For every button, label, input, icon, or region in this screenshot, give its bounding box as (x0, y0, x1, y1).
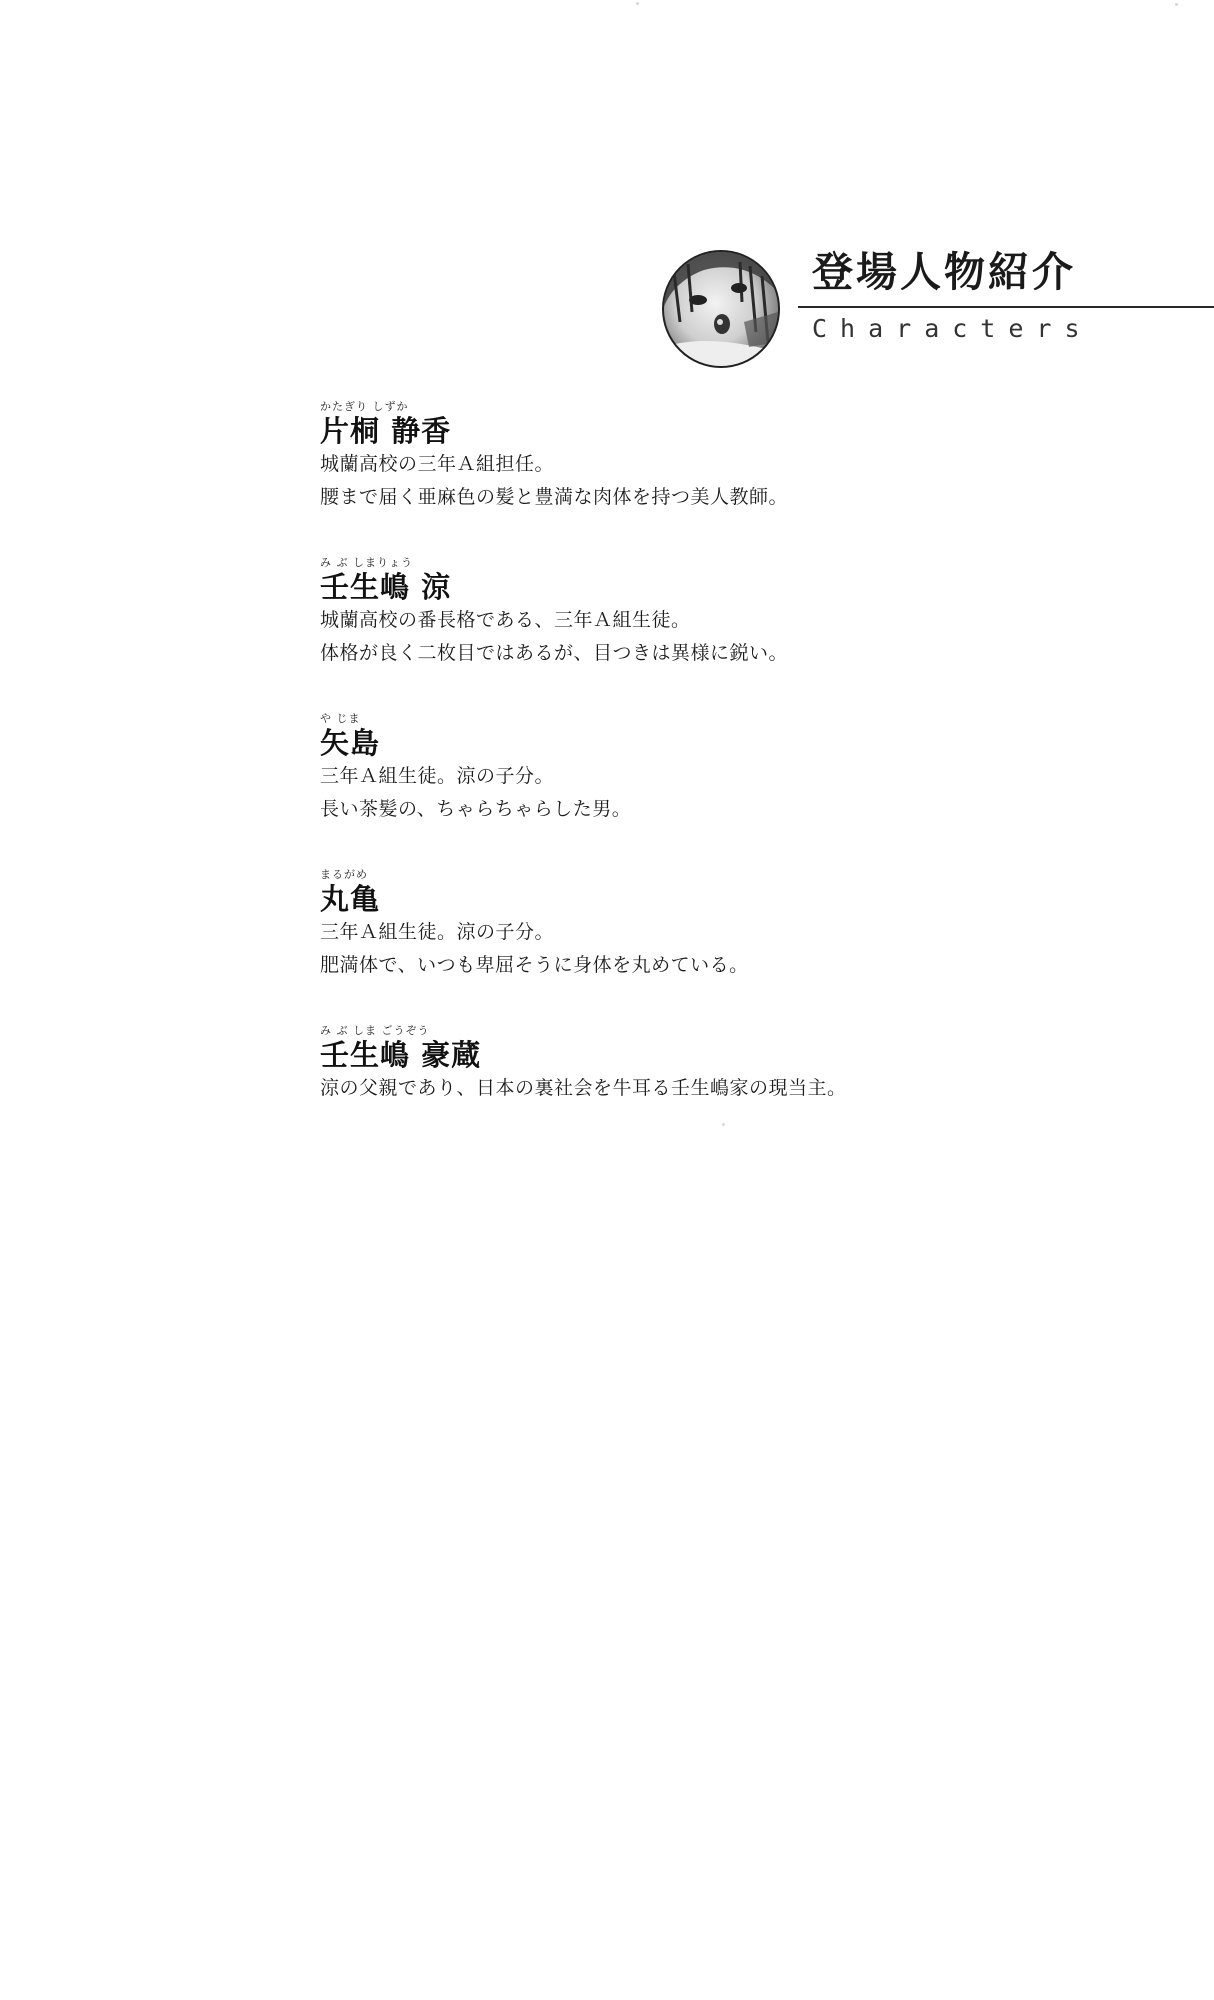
character-portrait-icon (662, 250, 780, 368)
name-furigana: み ぶ しま ごうぞう (320, 1024, 1040, 1038)
character-description-line: 長い茶髪の、ちゃらちゃらした男。 (320, 793, 1040, 826)
character-entry: み ぶ しま ごうぞう 壬生嶋 豪蔵 涼の父親であり、日本の裏社会を牛耳る壬生嶋… (320, 1024, 1040, 1105)
scan-speck (636, 2, 639, 5)
page-subtitle: Characters (812, 316, 1093, 341)
scan-speck (1175, 3, 1178, 6)
name-furigana: かたぎり しずか (320, 400, 1040, 414)
character-list: かたぎり しずか 片桐 静香 城蘭高校の三年Ａ組担任。 腰まで届く亜麻色の髪と豊… (320, 400, 1040, 1105)
page-title: 登場人物紹介 (812, 252, 1076, 293)
character-entry: や じま 矢島 三年Ａ組生徒。涼の子分。 長い茶髪の、ちゃらちゃらした男。 (320, 712, 1040, 826)
character-entry: まるがめ 丸亀 三年Ａ組生徒。涼の子分。 肥満体で、いつも卑屈そうに身体を丸めて… (320, 868, 1040, 982)
character-name: 丸亀 (320, 882, 1040, 916)
character-description-line: 体格が良く二枚目ではあるが、目つきは異様に鋭い。 (320, 637, 1040, 670)
character-name: 壬生嶋 豪蔵 (320, 1038, 1040, 1072)
character-description-line: 三年Ａ組生徒。涼の子分。 (320, 916, 1040, 949)
character-description-line: 城蘭高校の三年Ａ組担任。 (320, 448, 1040, 481)
character-name: 片桐 静香 (320, 414, 1040, 448)
character-entry: かたぎり しずか 片桐 静香 城蘭高校の三年Ａ組担任。 腰まで届く亜麻色の髪と豊… (320, 400, 1040, 514)
name-furigana: み ぶ しまりょう (320, 556, 1040, 570)
character-name: 壬生嶋 涼 (320, 570, 1040, 604)
portrait-illustration (664, 252, 778, 366)
page-header: 登場人物紹介 Characters (0, 0, 1214, 400)
character-name: 矢島 (320, 726, 1040, 760)
scan-speck (722, 1123, 725, 1126)
name-furigana: まるがめ (320, 868, 1040, 882)
character-description-line: 肥満体で、いつも卑屈そうに身体を丸めている。 (320, 949, 1040, 982)
character-description-line: 城蘭高校の番長格である、三年Ａ組生徒。 (320, 604, 1040, 637)
character-entry: み ぶ しまりょう 壬生嶋 涼 城蘭高校の番長格である、三年Ａ組生徒。 体格が良… (320, 556, 1040, 670)
title-divider (798, 306, 1214, 308)
character-description-line: 腰まで届く亜麻色の髪と豊満な肉体を持つ美人教師。 (320, 481, 1040, 514)
character-description-line: 涼の父親であり、日本の裏社会を牛耳る壬生嶋家の現当主。 (320, 1072, 1040, 1105)
name-furigana: や じま (320, 712, 1040, 726)
character-description-line: 三年Ａ組生徒。涼の子分。 (320, 760, 1040, 793)
